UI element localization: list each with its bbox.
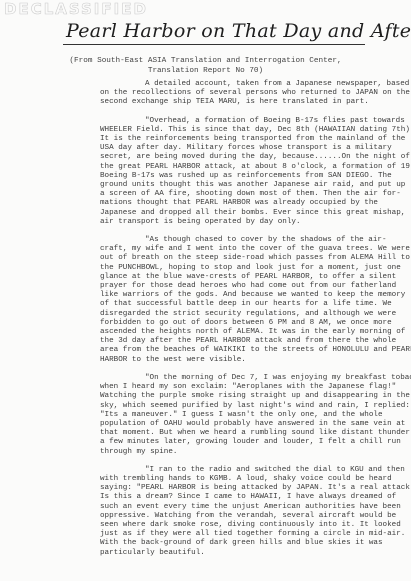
text-line: of that successful battle deep in our he… <box>55 300 385 309</box>
text-line: "I ran to the radio and switched the dia… <box>55 466 385 475</box>
source-line-2: Translation Report No 70) <box>0 66 411 76</box>
text-line: oppressive. Watching from the verandah, … <box>55 512 385 521</box>
text-line: disregarded the strict security regulati… <box>55 310 385 319</box>
text-line: "Overhead, a formation of Boeing B-17s f… <box>55 117 385 126</box>
text-line: WHEELER Field. This is since that day, D… <box>55 126 385 135</box>
paragraph-guava-trees: "As though chased to cover by the shadow… <box>55 236 385 365</box>
text-line: population of OAHU would probably have a… <box>55 420 385 429</box>
text-line: with trembling hands to KGMB. A loud, sh… <box>55 475 385 484</box>
source-citation: (From South-East ASIA Translation and In… <box>0 56 411 76</box>
text-line: Watching the purple smoke rising straigh… <box>55 392 385 401</box>
text-line: secret, are being moved during the day, … <box>55 153 385 162</box>
text-line: the 3d day after the PEARL HARBOR attack… <box>55 337 385 346</box>
text-line: area from the beaches of WAIKIKI to the … <box>55 346 385 355</box>
text-line: "On the morning of Dec 7, I was enjoying… <box>55 374 385 383</box>
declassified-stamp: DECLASSIFIED <box>4 0 148 18</box>
document-body: A detailed account, taken from a Japanes… <box>55 80 385 567</box>
text-line: craft, my wife and I went into the cover… <box>55 245 385 254</box>
text-line: the great PEARL HARBOR attack, at about … <box>55 163 385 172</box>
source-line-1: (From South-East ASIA Translation and In… <box>0 56 411 66</box>
text-line: mations thought that PEARL HARBOR was al… <box>55 199 385 208</box>
text-line: on the recollections of several persons … <box>55 89 385 98</box>
text-line: Japanese and dropped all their bombs. Ev… <box>55 209 385 218</box>
text-line: "Its a maneuver." I guess I wasn't the o… <box>55 411 385 420</box>
text-line: A detailed account, taken from a Japanes… <box>55 80 385 89</box>
text-line: glance at the blue wave-crests of PEARL … <box>55 273 385 282</box>
text-line: Is this a dream? Since I came to HAWAII,… <box>55 493 385 502</box>
text-line: like warriors of the gods. And because w… <box>55 291 385 300</box>
text-line: seen where dark smoke rose, diving conti… <box>55 521 385 530</box>
text-line: that moment. But when we heard a rumblin… <box>55 429 385 438</box>
text-line: It is the reinforcements being transport… <box>55 135 385 144</box>
text-line: a screen of AA fire, shooting down most … <box>55 190 385 199</box>
text-line: just as if they were all tied together f… <box>55 530 385 539</box>
paragraph-overhead: "Overhead, a formation of Boeing B-17s f… <box>55 117 385 227</box>
text-line: such an event every time the unjust Amer… <box>55 503 385 512</box>
document-title: Pearl Harbor on That Day and After <box>66 20 366 42</box>
paragraph-radio: "I ran to the radio and switched the dia… <box>55 466 385 558</box>
text-line: a few minutes later, growing louder and … <box>55 438 385 447</box>
text-line: particularly beautiful. <box>55 549 385 558</box>
title-underline <box>63 44 365 45</box>
text-line: sky, which seemed purified by last night… <box>55 402 385 411</box>
text-line: forbidden to go out of doors between 6 P… <box>55 319 385 328</box>
text-line: second exchange ship TEIA MARU, is here … <box>55 98 385 107</box>
text-line: "As though chased to cover by the shadow… <box>55 236 385 245</box>
paragraph-dec-7-morning: "On the morning of Dec 7, I was enjoying… <box>55 374 385 457</box>
paragraph-intro: A detailed account, taken from a Japanes… <box>55 80 385 108</box>
text-line: air transport is being operated by day o… <box>55 218 385 227</box>
text-line: USA day after day. Military forces whose… <box>55 144 385 153</box>
text-line: when I heard my son exclaim: "Aeroplanes… <box>55 383 385 392</box>
text-line: through my spine. <box>55 448 385 457</box>
text-line: ascended the heights north of ALEMA. It … <box>55 328 385 337</box>
text-line: With the back-ground of dark green hills… <box>55 539 385 548</box>
text-line: HARBOR to the west were visible. <box>55 356 385 365</box>
text-line: ground units thought this was another Ja… <box>55 181 385 190</box>
text-line: prayer for those dead heroes who had com… <box>55 282 385 291</box>
text-line: saying: "PEARL HARBOR is being attacked … <box>55 484 385 493</box>
text-line: out of breath on the steep side-road whi… <box>55 254 385 263</box>
text-line: Boeing B-17s was rushed up as reinforcem… <box>55 172 385 181</box>
text-line: the PUNCHBOWL, hoping to stop and look j… <box>55 264 385 273</box>
